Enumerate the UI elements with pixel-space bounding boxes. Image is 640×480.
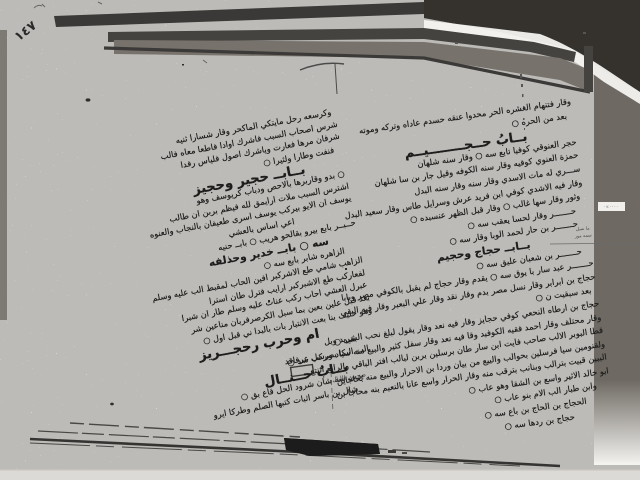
- manuscript-scan: ١٤٧ وقار فتنهام العشره الحر محدوا عنقه ح…: [0, 0, 640, 480]
- left-page-text: وكرسعه رحل مايتكي الماكحر وقار شسارا ثني…: [61, 106, 387, 441]
- bottom-scanner-strip: [0, 469, 640, 480]
- left-edge-speckle: [0, 30, 7, 320]
- margin-note: ما ٮسل سمه مور: [568, 225, 599, 241]
- edge-label: ·ĸ····: [598, 202, 625, 211]
- right-page-text: وقار فتنهام العشره الحر محدوا عنقه حسدم …: [338, 96, 615, 452]
